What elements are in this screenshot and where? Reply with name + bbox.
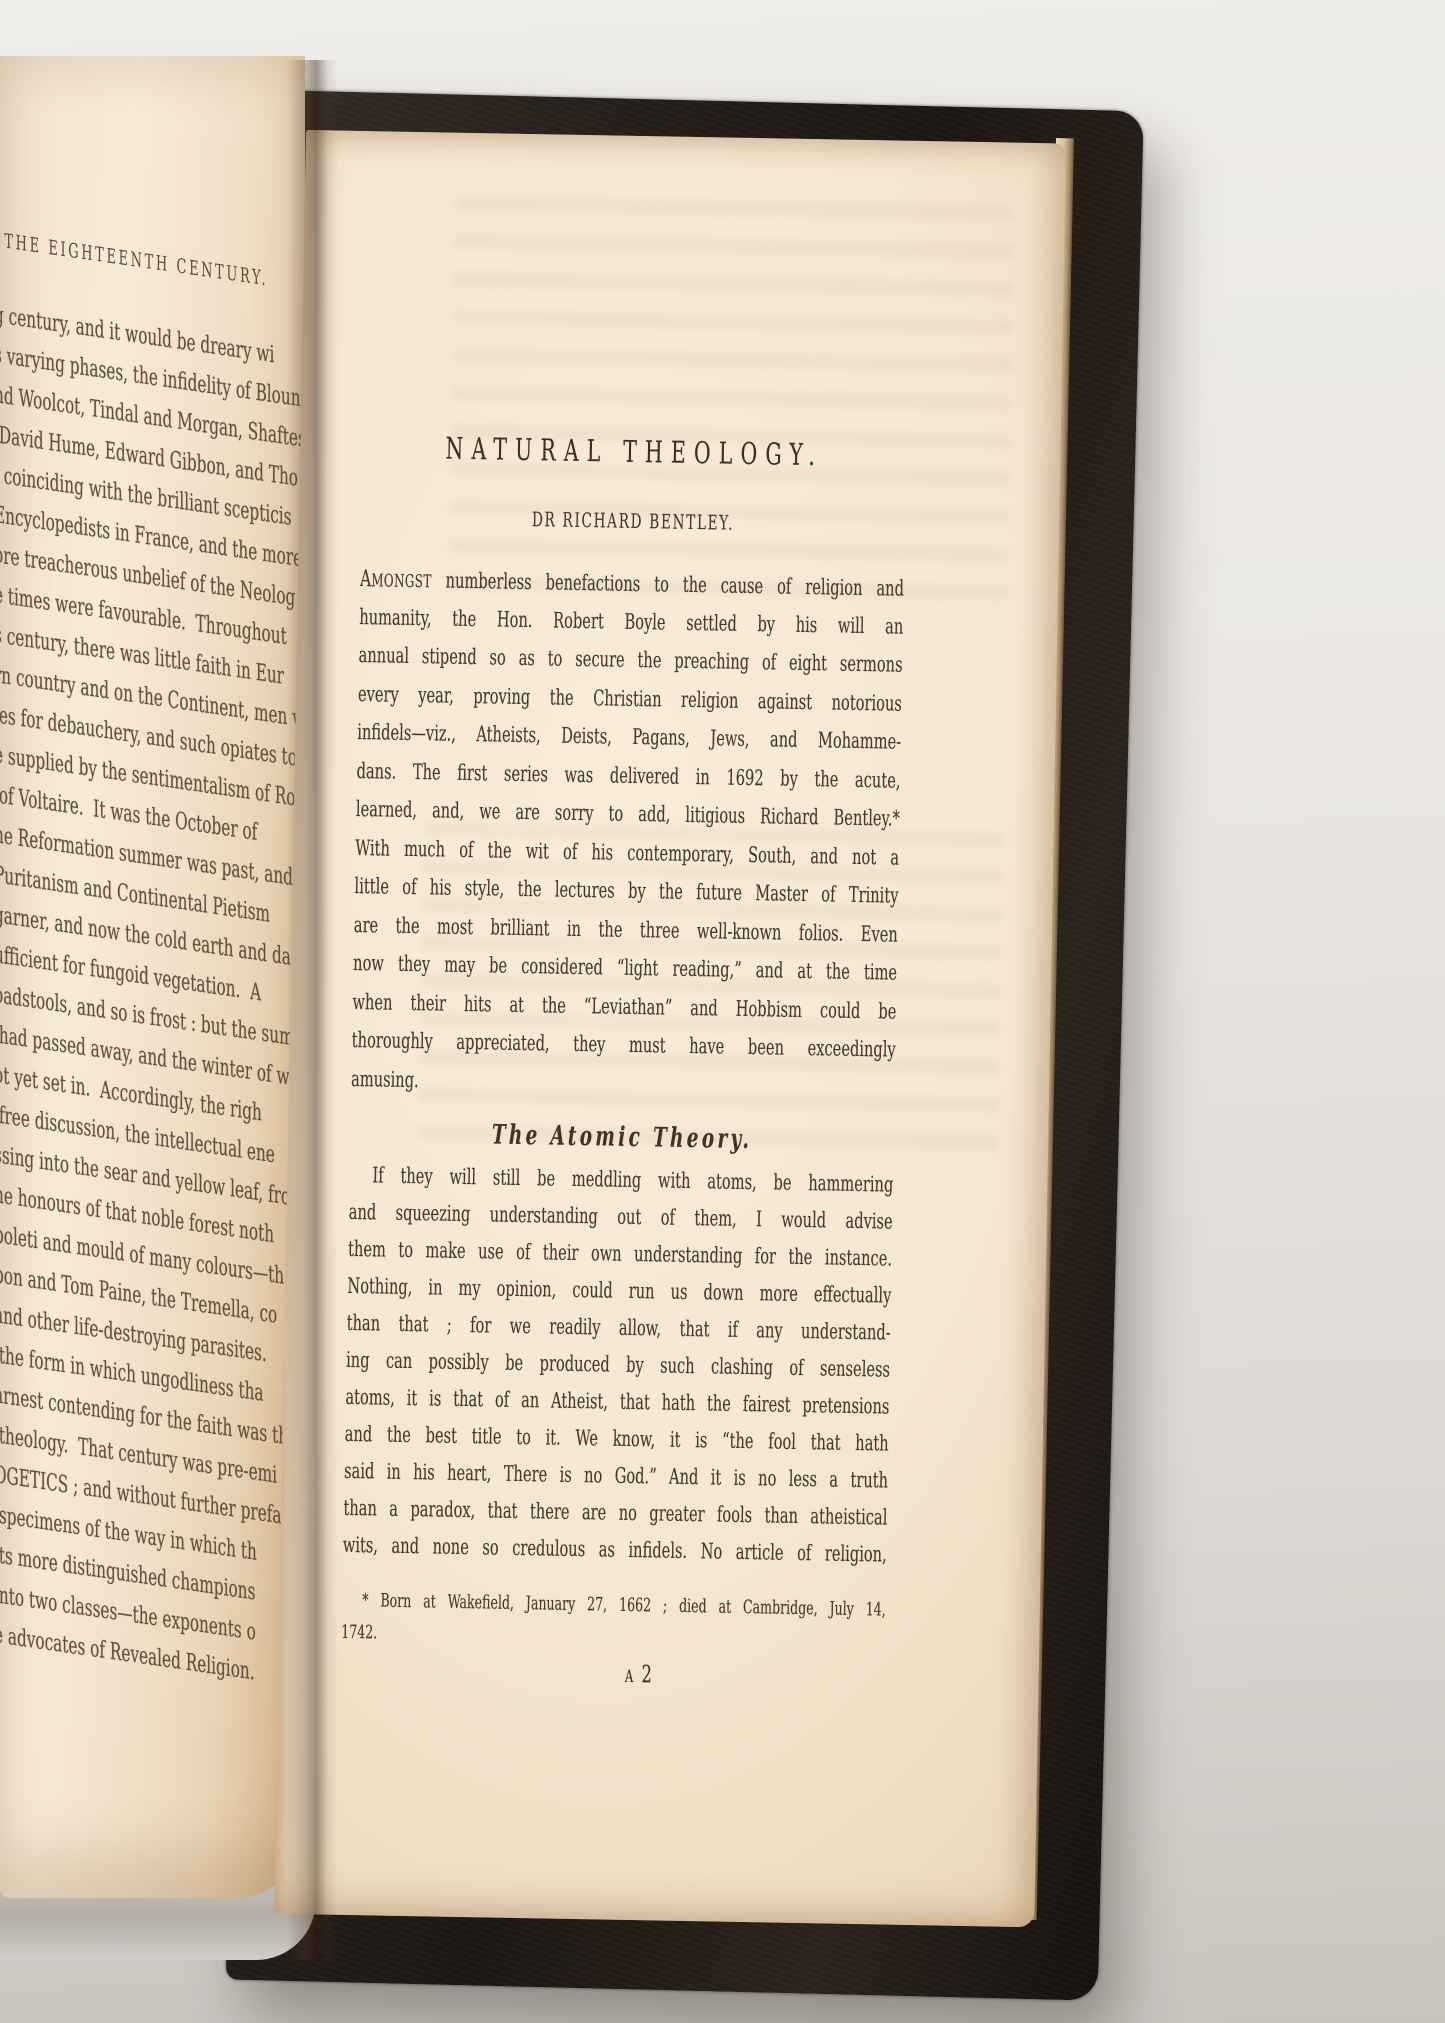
lead-capital: A bbox=[360, 566, 372, 592]
section-heading: The Atomic Theory. bbox=[350, 1116, 895, 1160]
chapter-title: NATURAL THEOLOGY. bbox=[362, 430, 907, 476]
left-page-text: THE EIGHTEENTH CENTURY. g century, and i… bbox=[0, 226, 305, 1712]
running-head: THE EIGHTEENTH CENTURY. bbox=[4, 227, 305, 310]
right-page: NATURAL THEOLOGY. DR RICHARD BENTLEY. AM… bbox=[274, 130, 1066, 1927]
right-page-text: NATURAL THEOLOGY. DR RICHARD BENTLEY. AM… bbox=[340, 131, 912, 1692]
text-fragment: numberless benefactions to the cause of … bbox=[431, 568, 904, 601]
book-photo: THE EIGHTEENTH CENTURY. g century, and i… bbox=[0, 0, 1445, 2023]
paragraph-2: If they will still be meddling with atom… bbox=[342, 1157, 893, 1574]
signature-mark: A2 bbox=[340, 1655, 884, 1693]
left-page-lines: g century, and it would be dreary wis va… bbox=[0, 294, 305, 1712]
signature-letter: A bbox=[625, 1667, 635, 1687]
signature-number: 2 bbox=[641, 1660, 652, 1688]
lead-small-caps: MONGST bbox=[371, 571, 432, 592]
paragraph-1-lines: humanity, the Hon. Robert Boyle settled … bbox=[351, 599, 904, 1109]
left-page: THE EIGHTEENTH CENTURY. g century, and i… bbox=[0, 56, 305, 1898]
footnote: * Born at Wakefield, January 27, 1662 ; … bbox=[341, 1585, 886, 1659]
chapter-author: DR RICHARD BENTLEY. bbox=[361, 503, 905, 539]
paragraph-1: AMONGST numberless benefactions to the c… bbox=[351, 560, 905, 1109]
